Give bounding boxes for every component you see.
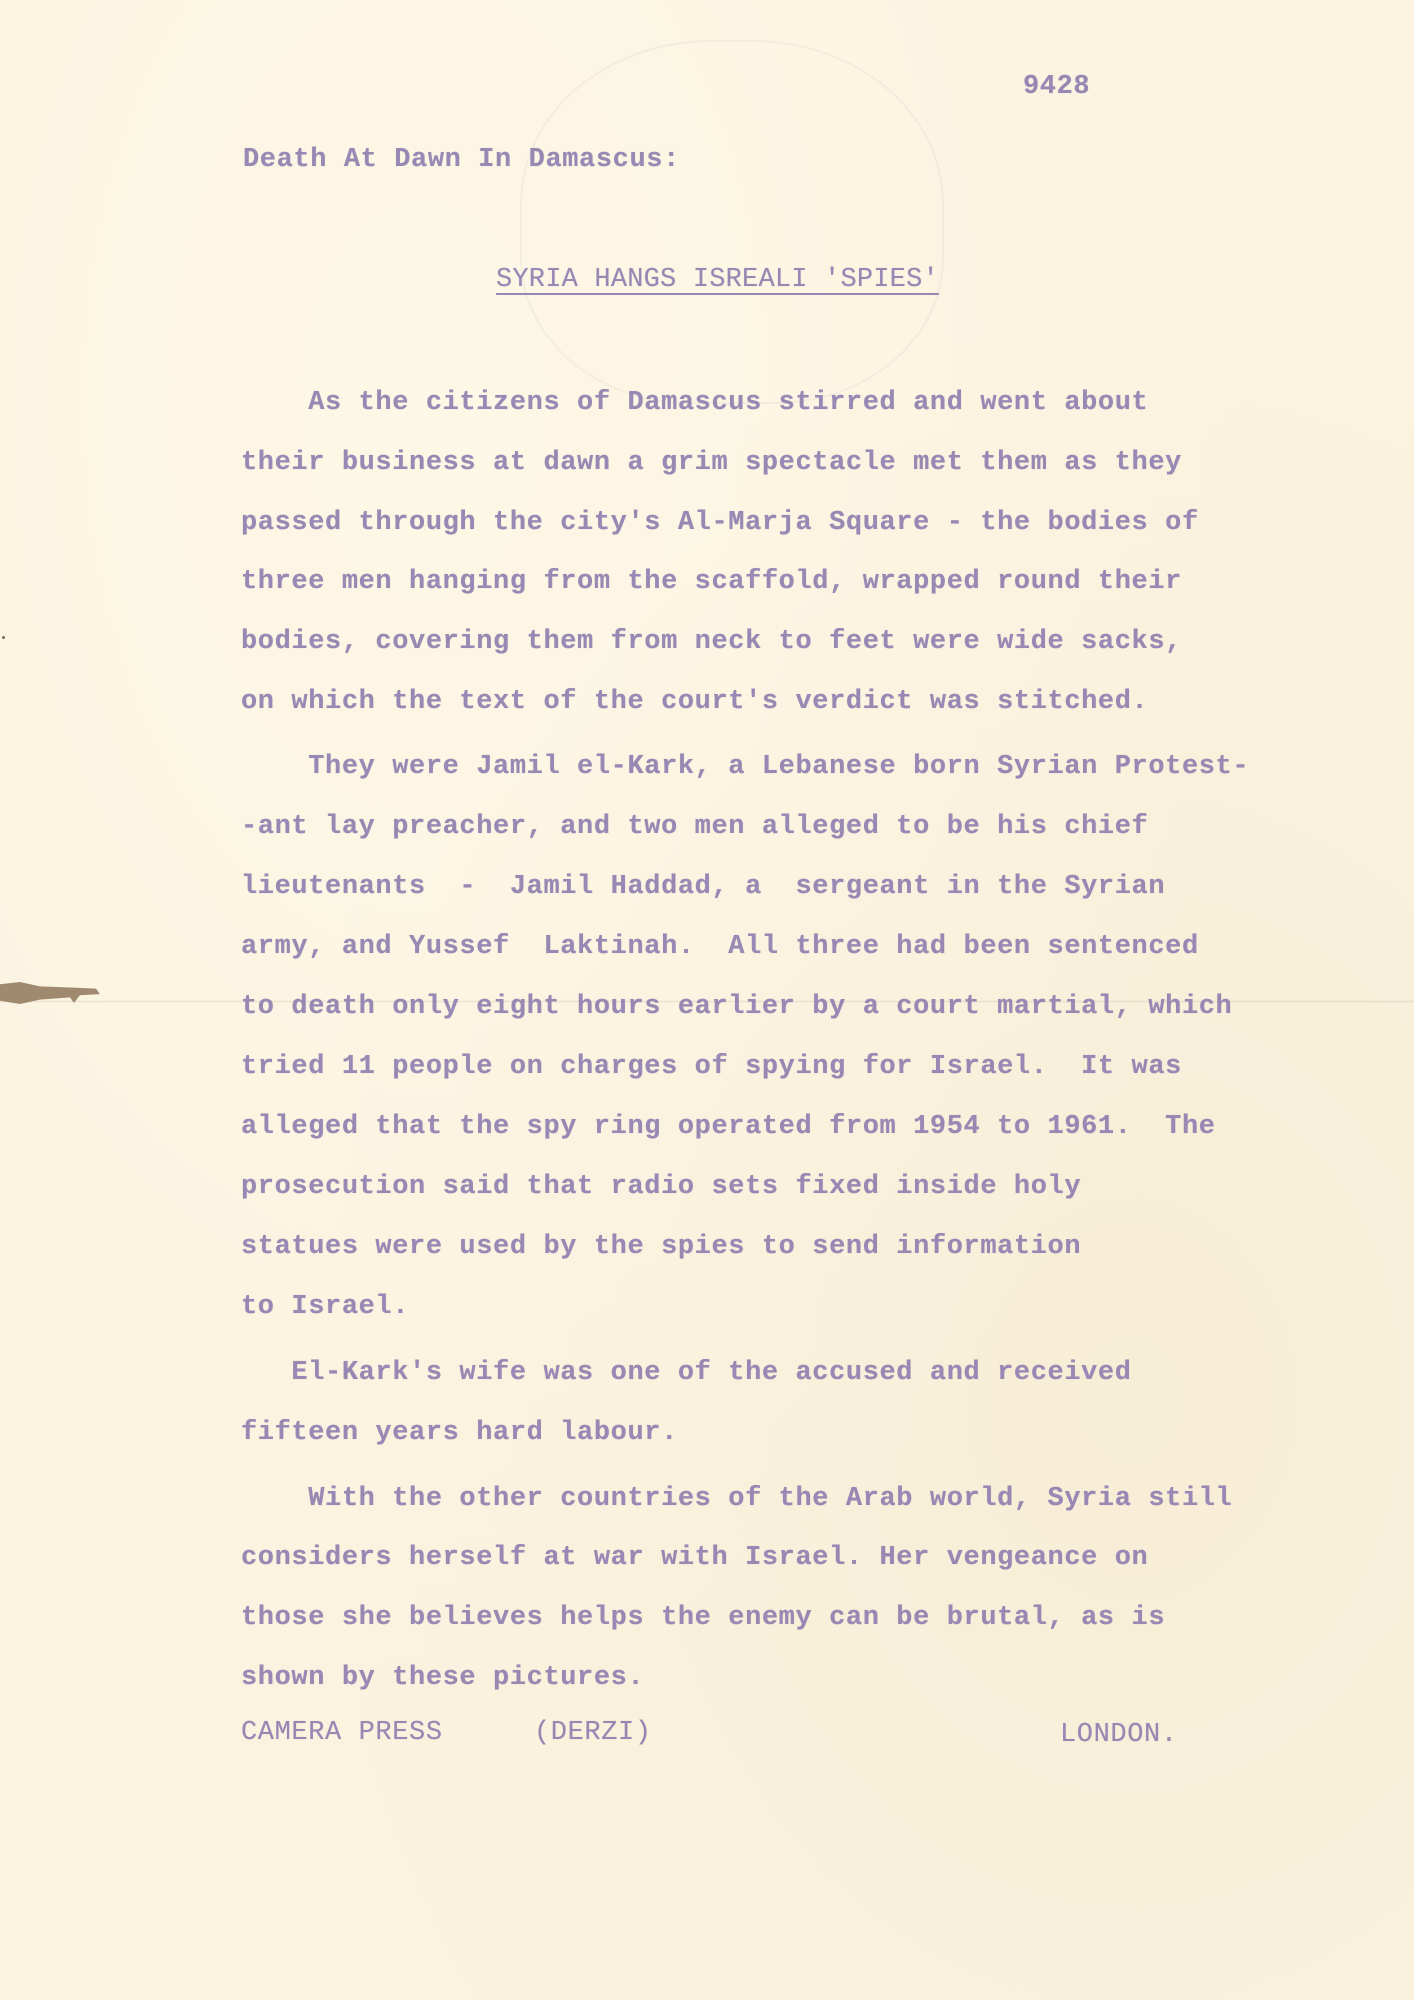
body-line: bodies, covering them from neck to feet …: [241, 627, 1182, 657]
body-line: army, and Yussef Laktinah. All three had…: [241, 932, 1199, 962]
body-line: on which the text of the court's verdict…: [241, 687, 1148, 717]
body-line: fifteen years hard labour.: [241, 1418, 678, 1448]
body-line: those she believes helps the enemy can b…: [241, 1603, 1165, 1633]
credit-city: LONDON.: [1060, 1720, 1178, 1750]
document-number: 9428: [1023, 72, 1090, 102]
body-line: As the citizens of Damascus stirred and …: [241, 388, 1148, 418]
body-line: shown by these pictures.: [241, 1663, 644, 1693]
paper-speck: [2, 636, 5, 639]
credit-agency: CAMERA PRESS: [241, 1718, 443, 1748]
body-line: to Israel.: [241, 1292, 409, 1322]
body-line: lieutenants - Jamil Haddad, a sergeant i…: [241, 872, 1165, 902]
body-line: prosecution said that radio sets fixed i…: [241, 1172, 1081, 1202]
kicker-line: Death At Dawn In Damascus:: [243, 145, 680, 175]
body-line: considers herself at war with Israel. He…: [241, 1543, 1148, 1573]
paper-watermark: [520, 40, 944, 404]
body-line: With the other countries of the Arab wor…: [241, 1484, 1232, 1514]
body-line: statues were used by the spies to send i…: [241, 1232, 1081, 1262]
body-line: three men hanging from the scaffold, wra…: [241, 567, 1182, 597]
body-line: -ant lay preacher, and two men alleged t…: [241, 812, 1148, 842]
body-line: tried 11 people on charges of spying for…: [241, 1052, 1182, 1082]
body-line: They were Jamil el-Kark, a Lebanese born…: [241, 752, 1249, 782]
body-line: to death only eight hours earlier by a c…: [241, 992, 1232, 1022]
body-line: alleged that the spy ring operated from …: [241, 1112, 1216, 1142]
body-line: El-Kark's wife was one of the accused an…: [241, 1358, 1132, 1388]
headline: SYRIA HANGS ISREALI 'SPIES': [496, 265, 939, 295]
body-line: passed through the city's Al-Marja Squar…: [241, 508, 1199, 538]
body-line: their business at dawn a grim spectacle …: [241, 448, 1182, 478]
typewritten-page: 9428 Death At Dawn In Damascus: SYRIA HA…: [0, 0, 1414, 2000]
credit-photographer: (DERZI): [534, 1718, 652, 1748]
